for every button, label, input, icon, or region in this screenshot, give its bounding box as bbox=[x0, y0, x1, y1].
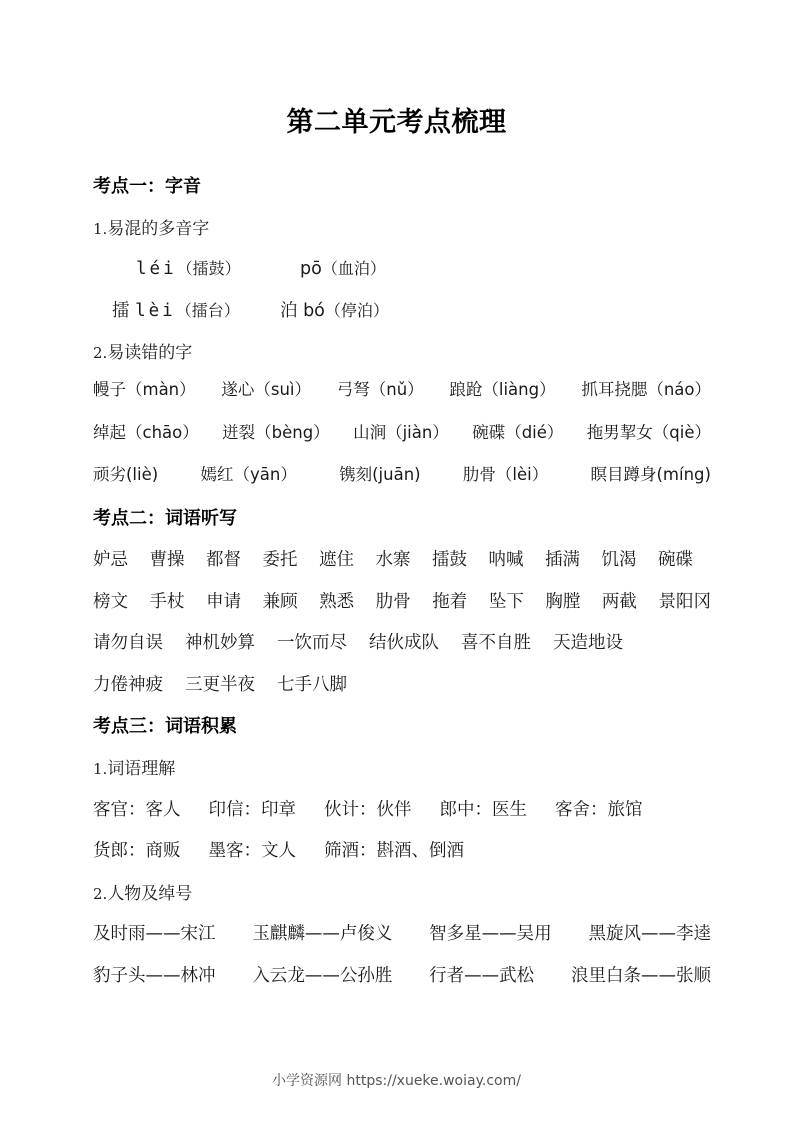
text: 及时雨——宋江 bbox=[93, 920, 216, 945]
text: 委托 bbox=[263, 546, 298, 571]
text: 喜不自胜 bbox=[461, 629, 531, 654]
text: 力倦神疲 bbox=[93, 671, 163, 696]
subheading-polyphones: 1.易混的多音字 bbox=[93, 214, 209, 239]
misread-entry: 肋骨（lèi） bbox=[463, 461, 548, 485]
polyphone-row-2: 擂 lèi（擂台） 泊 bó（停泊） bbox=[112, 297, 723, 322]
text: 榜文 bbox=[93, 588, 128, 613]
text: （lèi） bbox=[496, 465, 548, 484]
text: （náo） bbox=[647, 380, 711, 399]
polyphone-entry: 泊 bó（停泊） bbox=[280, 297, 389, 322]
polyphone-entry: 擂 lèi（擂台） bbox=[112, 297, 280, 322]
text: 黑旋风——李逵 bbox=[588, 920, 711, 945]
text: 客舍：旅馆 bbox=[555, 796, 643, 821]
text: 两截 bbox=[602, 588, 637, 613]
misread-entry: 瞑目蹲身(míng) bbox=[591, 461, 711, 485]
text: 词语理解 bbox=[107, 759, 175, 779]
text: 结伙成队 bbox=[369, 629, 439, 654]
document-page: 第二单元考点梳理 考点一：字音 1.易混的多音字 léi（擂鼓） pō（血泊） … bbox=[0, 0, 793, 1122]
text: 山涧 bbox=[353, 423, 386, 442]
text: 筛酒：斟酒、倒酒 bbox=[324, 837, 464, 862]
text: 1. bbox=[93, 760, 107, 778]
text: （liàng） bbox=[482, 380, 555, 399]
text: 幔子 bbox=[93, 380, 126, 399]
misread-entry: 弓弩（nǔ） bbox=[337, 376, 424, 400]
misread-entry: 山涧（jiàn） bbox=[353, 419, 449, 443]
text: 申请 bbox=[206, 588, 241, 613]
polyphone-row-1: léi（擂鼓） pō（血泊） bbox=[136, 256, 723, 279]
text: 擂 bbox=[112, 301, 130, 321]
text: 泊 bbox=[280, 301, 298, 321]
nickname-row-2: 豹子头——林冲入云龙——公孙胜行者——武松浪里白条——张顺 bbox=[93, 962, 711, 987]
misread-row-2: 绰起（chāo） 迸裂（bèng） 山涧（jiàn） 碗碟（dié） 拖男挈女（… bbox=[93, 419, 711, 443]
subheading-misread: 2.易读错的字 bbox=[93, 338, 192, 363]
text: 易读错的字 bbox=[107, 343, 192, 363]
misread-row-3: 顽劣(liè) 嫣红（yān） 镌刻(juān) 肋骨（lèi） 瞑目蹲身(mí… bbox=[93, 461, 711, 485]
text: （nǔ） bbox=[370, 380, 424, 399]
section-heading-3: 考点三：词语积累 bbox=[93, 712, 237, 738]
text: 迸裂 bbox=[222, 423, 255, 442]
misread-entry: 迸裂（bèng） bbox=[222, 419, 330, 443]
text: 一饮而尽 bbox=[277, 629, 347, 654]
misread-entry: 幔子（màn） bbox=[93, 376, 196, 400]
text: （jiàn） bbox=[386, 423, 449, 442]
text: 客官：客人 bbox=[93, 796, 181, 821]
text: 兼顾 bbox=[263, 588, 298, 613]
text: 豹子头——林冲 bbox=[93, 962, 216, 987]
text: （yān） bbox=[233, 465, 296, 484]
text: 印信：印章 bbox=[209, 796, 297, 821]
text: 嫣红 bbox=[200, 465, 233, 484]
text: 插满 bbox=[545, 546, 580, 571]
dictation-row-3: 请勿自误神机妙算一饮而尽结伙成队喜不自胜天造地设 bbox=[93, 629, 723, 654]
text: 顽劣 bbox=[93, 465, 126, 484]
text: 七手八脚 bbox=[277, 671, 347, 696]
text: 呐喊 bbox=[489, 546, 524, 571]
meaning-row-1: 客官：客人印信：印章伙计：伙伴郎中：医生客舍：旅馆 bbox=[93, 796, 723, 821]
text: 曹操 bbox=[150, 546, 185, 571]
text: 踉跄 bbox=[449, 380, 482, 399]
misread-entry: 抓耳挠腮（náo） bbox=[581, 376, 711, 400]
misread-entry: 顽劣(liè) bbox=[93, 461, 158, 485]
misread-entry: 遂心（suì） bbox=[221, 376, 311, 400]
misread-entry: 嫣红（yān） bbox=[200, 461, 296, 485]
page-title: 第二单元考点梳理 bbox=[0, 100, 793, 139]
text: （擂台） bbox=[176, 301, 240, 320]
text: 智多星——吴用 bbox=[429, 920, 552, 945]
text: 拖着 bbox=[432, 588, 467, 613]
text: 镌刻 bbox=[339, 465, 372, 484]
text: （血泊） bbox=[322, 259, 386, 278]
misread-entry: 踉跄（liàng） bbox=[449, 376, 555, 400]
text: 肋骨 bbox=[463, 465, 496, 484]
text: 行者——武松 bbox=[429, 962, 534, 987]
text: 浪里白条——张顺 bbox=[571, 962, 711, 987]
text: （chāo） bbox=[126, 423, 199, 442]
text: pō bbox=[300, 259, 322, 279]
section-heading-2: 考点二：词语听写 bbox=[93, 504, 237, 530]
misread-entry: 碗碟（dié） bbox=[472, 419, 563, 443]
text: （dié） bbox=[505, 423, 563, 442]
sub-label: 易混的多音字 bbox=[107, 219, 209, 239]
text: lèi bbox=[135, 301, 176, 321]
text: （màn） bbox=[126, 380, 196, 399]
text: 水寨 bbox=[376, 546, 411, 571]
text: 遮住 bbox=[319, 546, 354, 571]
misread-entry: 镌刻(juān) bbox=[339, 461, 421, 485]
text: 碗碟 bbox=[658, 546, 693, 571]
text: bó bbox=[303, 301, 325, 321]
text: （bèng） bbox=[255, 423, 330, 442]
text: 妒忌 bbox=[93, 546, 128, 571]
text: 绰起 bbox=[93, 423, 126, 442]
text: léi bbox=[136, 259, 177, 279]
subheading-word-meaning: 1.词语理解 bbox=[93, 754, 175, 779]
text: 郎中：医生 bbox=[440, 796, 528, 821]
polyphone-entry: léi（擂鼓） bbox=[136, 256, 300, 279]
text: (juān) bbox=[372, 465, 421, 484]
text: 坠下 bbox=[489, 588, 524, 613]
text: 瞑目蹲身 bbox=[591, 465, 657, 484]
text: 遂心 bbox=[221, 380, 254, 399]
text: 胸膛 bbox=[545, 588, 580, 613]
polyphone-entry: pō（血泊） bbox=[300, 256, 386, 279]
text: 三更半夜 bbox=[185, 671, 255, 696]
text: （suì） bbox=[254, 380, 311, 399]
text: （qiè） bbox=[653, 423, 711, 442]
text: 擂鼓 bbox=[432, 546, 467, 571]
misread-entry: 绰起（chāo） bbox=[93, 419, 199, 443]
subheading-nicknames: 2.人物及绰号 bbox=[93, 879, 192, 904]
dictation-row-2: 榜文手杖申请兼顾熟悉肋骨拖着坠下胸膛两截景阳冈 bbox=[93, 588, 711, 613]
section-heading-1: 考点一：字音 bbox=[93, 172, 201, 198]
text: 货郎：商贩 bbox=[93, 837, 181, 862]
text: （停泊） bbox=[325, 301, 389, 320]
text: 手杖 bbox=[150, 588, 185, 613]
text: 景阳冈 bbox=[658, 588, 711, 613]
text: 熟悉 bbox=[319, 588, 354, 613]
footer-watermark: 小学资源网 https://xueke.woiay.com/ bbox=[0, 1070, 793, 1090]
dictation-row-4: 力倦神疲三更半夜七手八脚 bbox=[93, 671, 723, 696]
text: 神机妙算 bbox=[185, 629, 255, 654]
misread-entry: 拖男挈女（qiè） bbox=[587, 419, 711, 443]
text: （擂鼓） bbox=[177, 259, 241, 278]
text: (míng) bbox=[657, 465, 711, 484]
text: 玉麒麟——卢俊义 bbox=[252, 920, 392, 945]
text: 2. bbox=[93, 885, 107, 903]
text: 碗碟 bbox=[472, 423, 505, 442]
sub-number: 1. bbox=[93, 220, 107, 238]
text: 饥渴 bbox=[602, 546, 637, 571]
nickname-row-1: 及时雨——宋江玉麒麟——卢俊义智多星——吴用黑旋风——李逵 bbox=[93, 920, 711, 945]
text: 伙计：伙伴 bbox=[324, 796, 412, 821]
text: 都督 bbox=[206, 546, 241, 571]
text: 墨客：文人 bbox=[209, 837, 297, 862]
text: 抓耳挠腮 bbox=[581, 380, 647, 399]
text: 入云龙——公孙胜 bbox=[252, 962, 392, 987]
dictation-row-1: 妒忌曹操都督委托遮住水寨擂鼓呐喊插满饥渴碗碟 bbox=[93, 546, 693, 571]
text: 弓弩 bbox=[337, 380, 370, 399]
text: 天造地设 bbox=[553, 629, 623, 654]
text: 拖男挈女 bbox=[587, 423, 653, 442]
misread-row-1: 幔子（màn） 遂心（suì） 弓弩（nǔ） 踉跄（liàng） 抓耳挠腮（ná… bbox=[93, 376, 711, 400]
meaning-row-2: 货郎：商贩墨客：文人筛酒：斟酒、倒酒 bbox=[93, 837, 723, 862]
text: 人物及绰号 bbox=[107, 884, 192, 904]
text: 请勿自误 bbox=[93, 629, 163, 654]
text: 肋骨 bbox=[376, 588, 411, 613]
text: 2. bbox=[93, 344, 107, 362]
text: (liè) bbox=[126, 465, 158, 484]
